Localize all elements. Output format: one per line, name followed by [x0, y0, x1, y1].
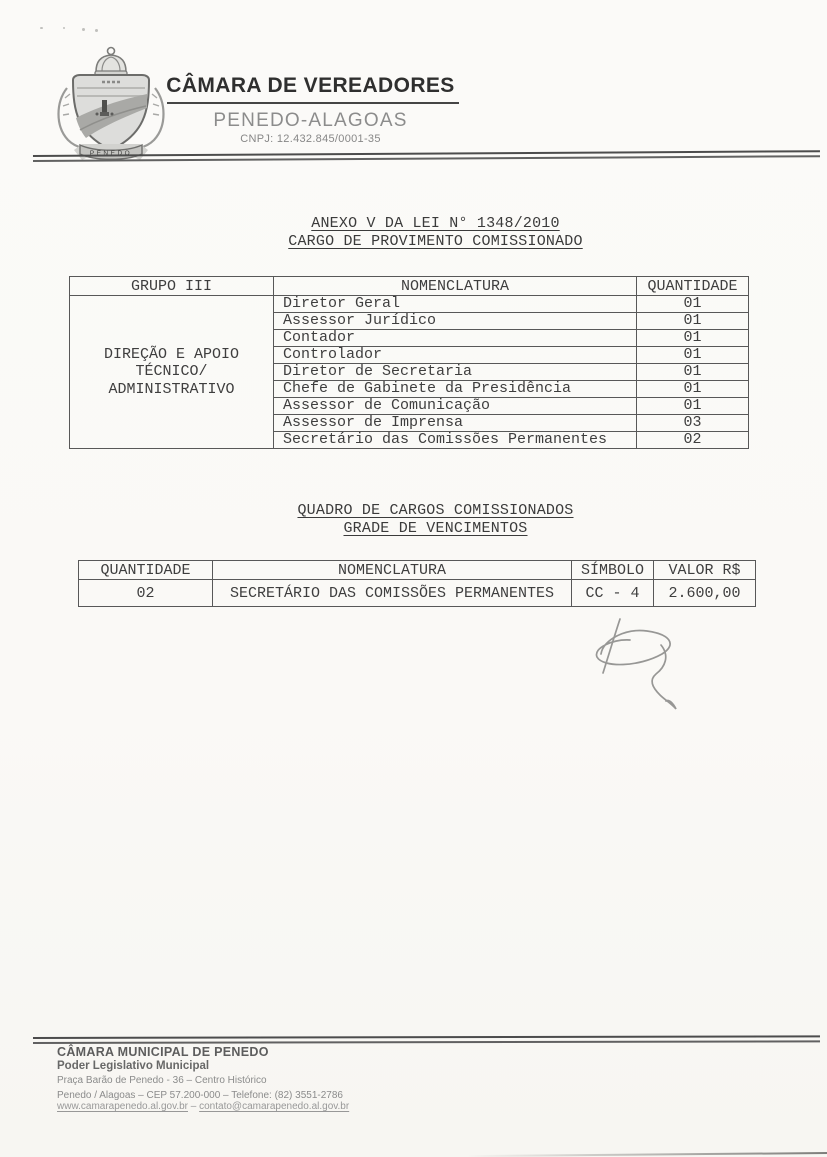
quadro-title: QUADRO DE CARGOS COMISSIONADOS GRADE DE … — [44, 502, 827, 538]
cell-nomenclatura: Assessor de Comunicação — [274, 398, 637, 415]
footer-links: www.camarapenedo.al.gov.br – contato@cam… — [57, 1101, 349, 1113]
cell-quantidade: 02 — [79, 580, 213, 607]
cell-quantidade: 02 — [637, 432, 749, 449]
footer-subtitle: Poder Legislativo Municipal — [57, 1060, 349, 1072]
scan-edge — [467, 1152, 827, 1157]
cell-quantidade: 01 — [637, 381, 749, 398]
footer-address: Praça Barão de Penedo - 36 – Centro Hist… — [57, 1075, 349, 1087]
col-header-nomenclatura: NOMENCLATURA — [213, 561, 572, 580]
cell-quantidade: 01 — [637, 296, 749, 313]
cell-quantidade: 01 — [637, 313, 749, 330]
quadro-header-row: QUANTIDADE NOMENCLATURA SÍMBOLO VALOR R$ — [79, 561, 756, 580]
cell-nomenclatura: Diretor de Secretaria — [274, 364, 637, 381]
footer-email: contato@camarapenedo.al.gov.br — [199, 1101, 349, 1112]
group-cell-line: DIREÇÃO E APOIO — [70, 346, 273, 364]
footer-link-separator: – — [188, 1101, 199, 1112]
col-header-grupo: GRUPO III — [70, 277, 274, 296]
cell-nomenclatura: SECRETÁRIO DAS COMISSÕES PERMANENTES — [213, 580, 572, 607]
cnpj-line: CNPJ: 12.432.845/0001-35 — [158, 133, 463, 145]
col-header-quantidade: QUANTIDADE — [79, 561, 213, 580]
cell-quantidade: 03 — [637, 415, 749, 432]
footer-contact: Penedo / Alagoas – CEP 57.200-000 – Tele… — [57, 1090, 349, 1102]
cell-quantidade: 01 — [637, 364, 749, 381]
anexo-title: ANEXO V DA LEI N° 1348/2010 CARGO DE PRO… — [44, 215, 827, 251]
footer-website: www.camarapenedo.al.gov.br — [57, 1101, 188, 1112]
group-cell: DIREÇÃO E APOIO TÉCNICO/ ADMINISTRATIVO — [70, 296, 274, 449]
letterhead-rule — [167, 102, 459, 104]
city-line: PENEDO-ALAGOAS — [158, 110, 463, 132]
cell-valor: 2.600,00 — [654, 580, 756, 607]
footer-org: CÂMARA MUNICIPAL DE PENEDO — [57, 1046, 349, 1058]
quadro-title-line2: GRADE DE VENCIMENTOS — [343, 520, 527, 537]
cell-nomenclatura: Assessor de Imprensa — [274, 415, 637, 432]
col-header-quantidade: QUANTIDADE — [637, 277, 749, 296]
quadro-title-line1: QUADRO DE CARGOS COMISSIONADOS — [297, 502, 573, 519]
col-header-nomenclatura: NOMENCLATURA — [274, 277, 637, 296]
scan-speck — [95, 29, 98, 32]
anexo-header-row: GRUPO III NOMENCLATURA QUANTIDADE — [70, 277, 749, 296]
cell-nomenclatura: Contador — [274, 330, 637, 347]
anexo-title-line2: CARGO DE PROVIMENTO COMISSIONADO — [288, 233, 582, 250]
scanned-document-page: PENEDO CÂMARA DE VEREADORES PENEDO-ALAGO… — [0, 0, 827, 1157]
cell-quantidade: 01 — [637, 347, 749, 364]
group-cell-line: TÉCNICO/ — [70, 363, 273, 381]
cell-nomenclatura: Assessor Jurídico — [274, 313, 637, 330]
cell-quantidade: 01 — [637, 330, 749, 347]
letterhead: CÂMARA DE VEREADORES PENEDO-ALAGOAS CNPJ… — [158, 74, 463, 145]
footer-separator — [33, 1035, 820, 1044]
quadro-table: QUANTIDADE NOMENCLATURA SÍMBOLO VALOR R$… — [78, 560, 756, 607]
anexo-title-line1: ANEXO V DA LEI N° 1348/2010 — [311, 215, 559, 232]
col-header-simbolo: SÍMBOLO — [572, 561, 654, 580]
col-header-valor: VALOR R$ — [654, 561, 756, 580]
cell-nomenclatura: Chefe de Gabinete da Presidência — [274, 381, 637, 398]
cell-quantidade: 01 — [637, 398, 749, 415]
cell-nomenclatura: Controlador — [274, 347, 637, 364]
scan-speck — [82, 28, 85, 31]
cell-nomenclatura: Diretor Geral — [274, 296, 637, 313]
table-row: 02 SECRETÁRIO DAS COMISSÕES PERMANENTES … — [79, 580, 756, 607]
table-row: DIREÇÃO E APOIO TÉCNICO/ ADMINISTRATIVO … — [70, 296, 749, 313]
scan-speck — [63, 27, 65, 29]
footer: CÂMARA MUNICIPAL DE PENEDO Poder Legisla… — [57, 1046, 349, 1113]
cell-nomenclatura: Secretário das Comissões Permanentes — [274, 432, 637, 449]
org-name: CÂMARA DE VEREADORES — [158, 74, 463, 98]
group-cell-line: ADMINISTRATIVO — [70, 381, 273, 399]
cell-simbolo: CC - 4 — [572, 580, 654, 607]
scan-speck — [40, 27, 43, 29]
anexo-table: GRUPO III NOMENCLATURA QUANTIDADE DIREÇÃ… — [69, 276, 749, 449]
signature-scribble — [573, 610, 708, 725]
